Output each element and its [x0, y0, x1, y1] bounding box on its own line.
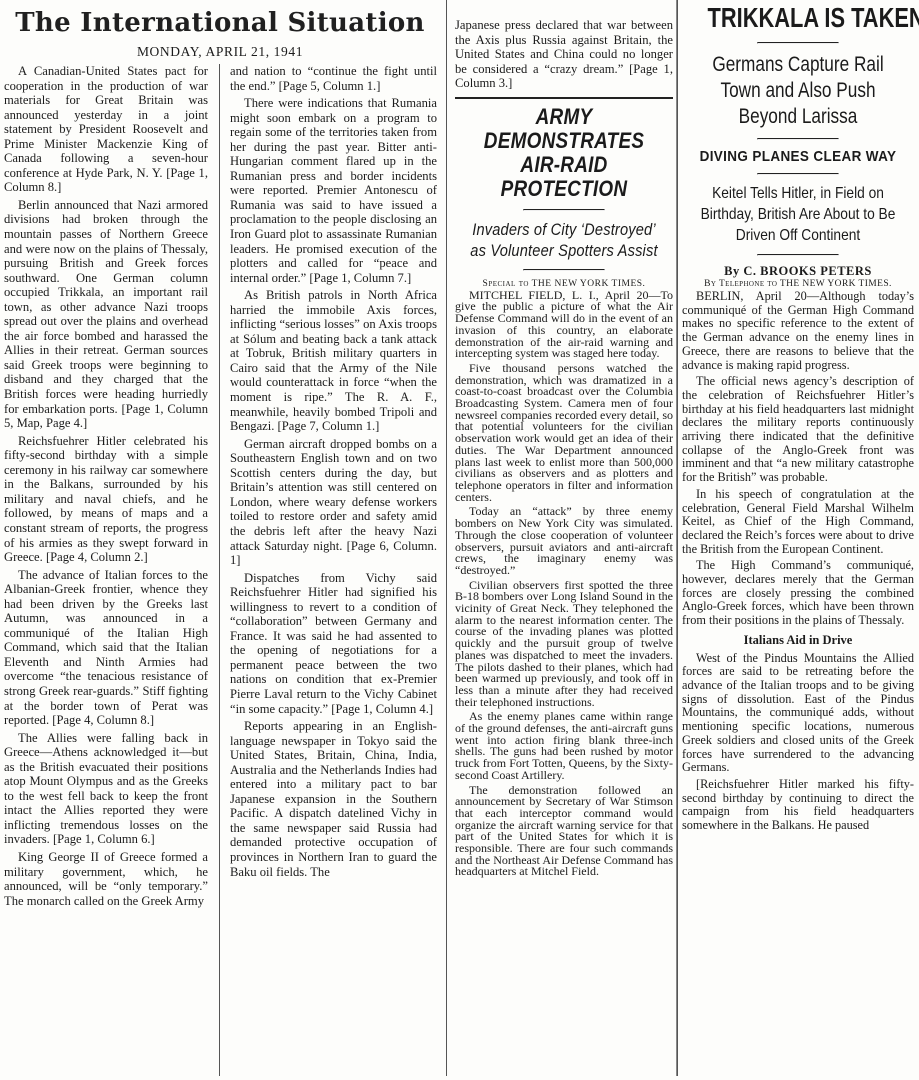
- column-rule: [446, 0, 447, 1076]
- article-deck: Keitel Tells Hitler, in Field on Birthda…: [698, 183, 898, 246]
- trikkala-column: TRIKKALA IS TAKEN Germans Capture Rail T…: [682, 0, 914, 836]
- divider: [757, 254, 839, 256]
- article-subhead: Invaders of City ‘Destroyed’ as Voluntee…: [470, 219, 657, 261]
- divider: [523, 269, 605, 271]
- summary-paragraph: Dispatches from Vichy said Reichsfuehrer…: [230, 571, 437, 716]
- summary-paragraph: German aircraft dropped bombs on a South…: [230, 437, 437, 568]
- summary-column-1: A Canadian-United States pact for cooper…: [4, 64, 208, 911]
- article-paragraph: In his speech of congratulation at the c…: [682, 488, 914, 557]
- byline: By C. BROOKS PETERS: [682, 264, 914, 279]
- article-paragraph: As the enemy planes came within range of…: [455, 711, 673, 781]
- article-paragraph: BERLIN, April 20—Although today’s commun…: [682, 290, 914, 372]
- article-paragraph: MITCHEL FIELD, L. I., April 20—To give t…: [455, 290, 673, 360]
- divider: [757, 138, 839, 140]
- article-paragraph: Today an “attack” by three enemy bombers…: [455, 506, 673, 576]
- newspaper-page: The International Situation MONDAY, APRI…: [0, 0, 919, 1080]
- divider: [757, 173, 839, 175]
- column-rule: [219, 64, 220, 1076]
- summary-paragraph: Reichsfuehrer Hitler celebrated his fift…: [4, 434, 208, 565]
- summary-column-2: and nation to “continue the fight until …: [230, 64, 437, 882]
- article-headline: ARMY DEMONSTRATES AIR-RAID PROTECTION: [470, 105, 657, 201]
- summary-paragraph: King George II of Greece formed a milita…: [4, 850, 208, 908]
- column-rule: [677, 0, 678, 1076]
- summary-paragraph: Berlin announced that Nazi armored divis…: [4, 198, 208, 431]
- article-paragraph: [Reichsfuehrer Hitler marked his fifty-s…: [682, 778, 914, 833]
- divider: [455, 97, 673, 99]
- summary-paragraph: A Canadian-United States pact for cooper…: [4, 64, 208, 195]
- article-paragraph: West of the Pindus Mountains the Allied …: [682, 652, 914, 775]
- summary-paragraph: The Allies were falling back in Greece—A…: [4, 731, 208, 847]
- article-paragraph: The official news agency’s description o…: [682, 375, 914, 485]
- section-title: The International Situation: [0, 8, 440, 38]
- article-paragraph: Five thousand persons watched the demons…: [455, 363, 673, 503]
- summary-paragraph: Reports appearing in an English-language…: [230, 719, 437, 879]
- summary-paragraph: The advance of Italian forces to the Alb…: [4, 568, 208, 728]
- divider: [757, 42, 839, 44]
- summary-paragraph: Japanese press declared that war between…: [455, 18, 673, 91]
- article-deck: Germans Capture Rail Town and Also Push …: [703, 52, 893, 130]
- summary-paragraph: There were indications that Rumania migh…: [230, 96, 437, 285]
- summary-paragraph: and nation to “continue the fight until …: [230, 64, 437, 93]
- summary-paragraph: As British patrols in North Africa harri…: [230, 288, 437, 433]
- article-paragraph: The High Command’s communiqué, however, …: [682, 559, 914, 628]
- divider: [523, 209, 605, 211]
- dateline: MONDAY, APRIL 21, 1941: [0, 44, 440, 60]
- column-rule: [676, 0, 677, 1076]
- air-raid-column: Japanese press declared that war between…: [455, 4, 673, 881]
- article-paragraph: The demonstration followed an announceme…: [455, 785, 673, 879]
- article-headline: TRIKKALA IS TAKEN: [708, 2, 889, 34]
- byline-credit: By Telephone to THE NEW YORK TIMES.: [682, 279, 914, 289]
- article-deck: DIVING PLANES CLEAR WAY: [694, 148, 903, 165]
- article-subheading: Italians Aid in Drive: [682, 634, 914, 648]
- article-paragraph: Civilian observers first spotted the thr…: [455, 580, 673, 709]
